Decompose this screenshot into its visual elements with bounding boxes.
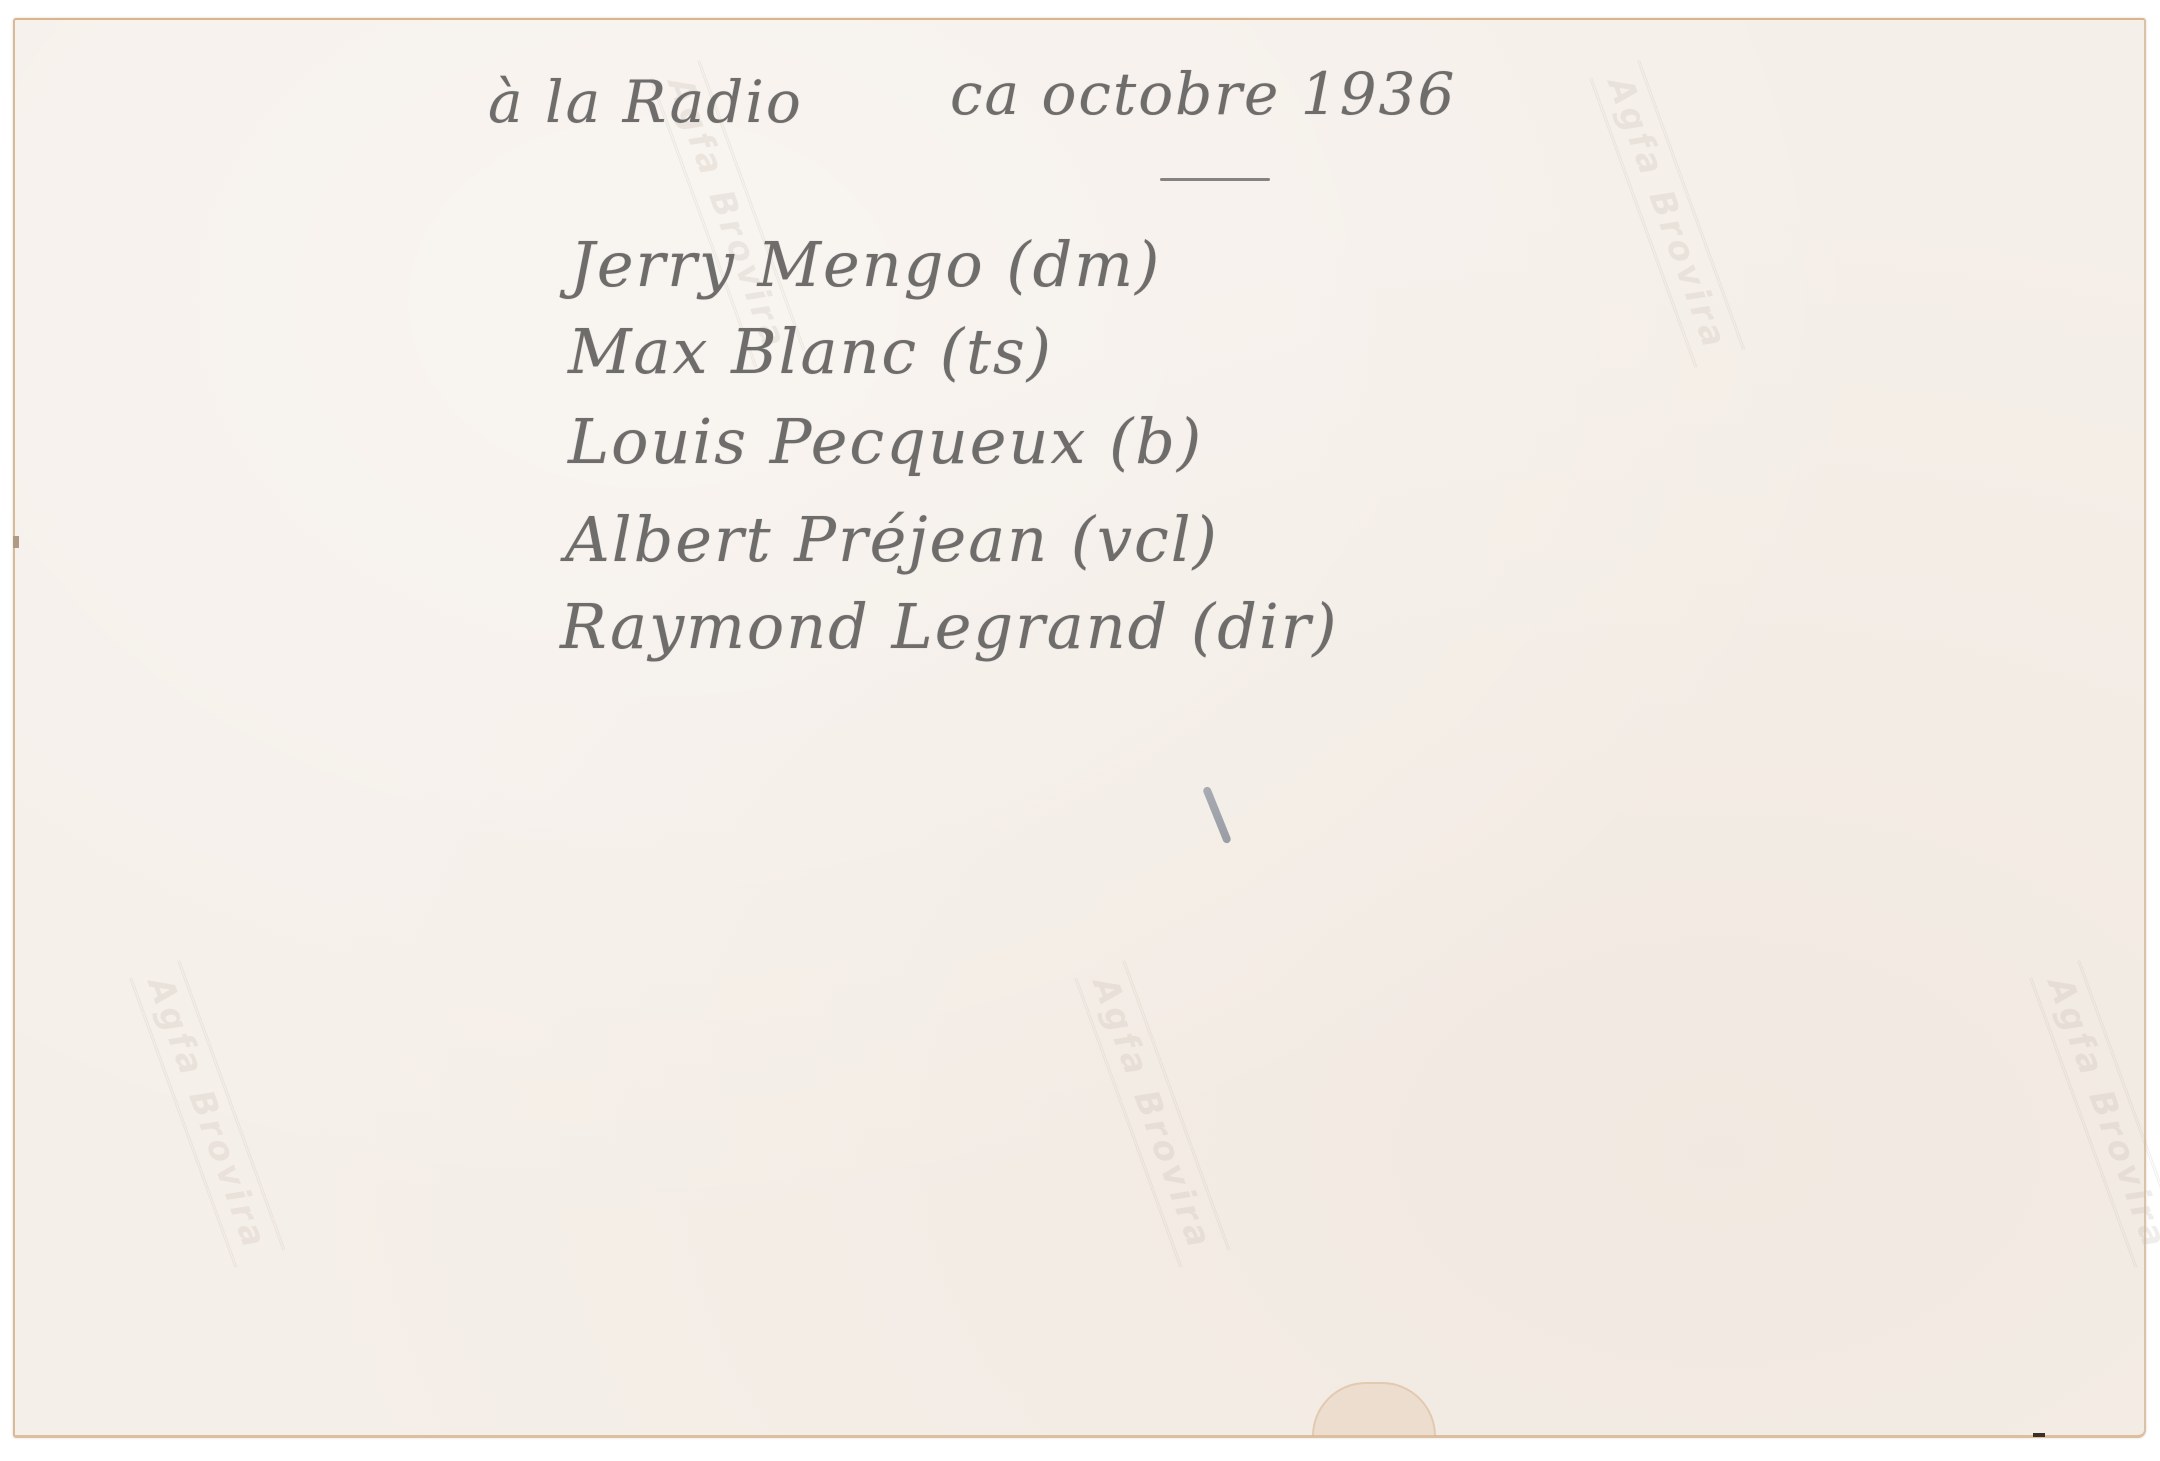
personnel-name: Louis Pecqueux	[568, 405, 1087, 478]
personnel-line: Albert Préjean (vcl)	[565, 503, 1219, 576]
personnel-role: (b)	[1109, 405, 1203, 478]
personnel-role: (ts)	[940, 315, 1053, 388]
heading-date: ca octobre 1936	[950, 60, 1456, 128]
personnel-role: (dir)	[1191, 590, 1339, 663]
personnel-line: Raymond Legrand (dir)	[560, 590, 1339, 663]
personnel-line: Louis Pecqueux (b)	[568, 405, 1203, 478]
personnel-name: Jerry Mengo	[570, 228, 985, 301]
personnel-line: Jerry Mengo (dm)	[570, 228, 1161, 301]
personnel-role: (vcl)	[1071, 503, 1219, 576]
personnel-name: Max Blanc	[568, 315, 918, 388]
personnel-line: Max Blanc (ts)	[568, 315, 1053, 388]
heading-location: à la Radio	[488, 68, 803, 136]
personnel-role: (dm)	[1006, 228, 1161, 301]
edge-speck	[2033, 1433, 2045, 1437]
separator-dash	[1160, 178, 1270, 181]
edge-nick	[13, 536, 19, 548]
personnel-name: Raymond Legrand	[560, 590, 1169, 663]
personnel-name: Albert Préjean	[565, 503, 1049, 576]
